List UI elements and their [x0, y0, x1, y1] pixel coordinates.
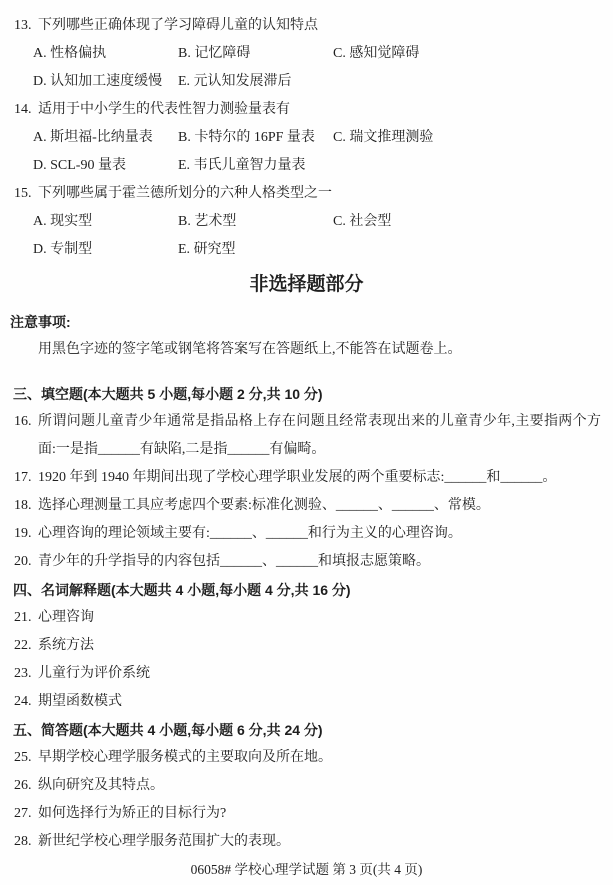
definition-question-24: 24. 期望函数模式: [0, 688, 613, 716]
option-label: B.: [178, 46, 191, 61]
question-stem: 下列哪些属于霍兰德所划分的六种人格类型之一: [38, 186, 332, 201]
fill-in-question-20: 20. 青少年的升学指导的内容包括______、______和填报志愿策略。: [0, 548, 613, 576]
short-answer-question-28: 28. 新世纪学校心理学服务范围扩大的表现。: [0, 828, 613, 856]
option-label: D.: [33, 158, 47, 173]
option-b: B. 艺术型: [178, 208, 333, 236]
question-number: 19.: [14, 520, 32, 548]
question-text: 新世纪学校心理学服务范围扩大的表现。: [38, 834, 290, 849]
option-text: 认知加工速度缓慢: [50, 74, 162, 89]
question-number: 20.: [14, 548, 32, 576]
question-number: 27.: [14, 800, 32, 828]
question-text: 选择心理测量工具应考虑四个要素:标准化测验、______、______、常模。: [38, 498, 490, 513]
option-e: E. 元认知发展滞后: [178, 68, 613, 96]
option-text: 研究型: [194, 242, 236, 257]
option-label: C.: [333, 46, 346, 61]
question-number: 28.: [14, 828, 32, 856]
option-c: C. 感知觉障碍: [333, 40, 613, 68]
option-text: 社会型: [349, 214, 391, 229]
question-text: 系统方法: [38, 638, 94, 653]
question-text: 期望函数模式: [38, 694, 122, 709]
option-label: B.: [178, 130, 191, 145]
option-text: 元认知发展滞后: [194, 74, 292, 89]
mcq-question-13: 13. 下列哪些正确体现了学习障碍儿童的认知特点: [0, 12, 613, 40]
option-text: 艺术型: [194, 214, 236, 229]
question-stem: 下列哪些正确体现了学习障碍儿童的认知特点: [38, 18, 318, 33]
question-number: 15.: [14, 180, 32, 208]
option-a: A. 斯坦福-比纳量表: [33, 124, 178, 152]
option-c: C. 瑞文推理测验: [333, 124, 613, 152]
option-row: D. 认知加工速度缓慢 E. 元认知发展滞后: [0, 68, 613, 96]
question-text: 如何选择行为矫正的目标行为?: [38, 806, 226, 821]
question-number: 24.: [14, 688, 32, 716]
question-text: 所谓问题儿童青少年通常是指品格上存在问题且经常表现出来的儿童青少年,主要指两个方…: [38, 414, 601, 457]
definition-question-21: 21. 心理咨询: [0, 604, 613, 632]
option-text: 斯坦福-比纳量表: [50, 130, 153, 145]
fill-in-section-heading: 三、填空题(本大题共 5 小题,每小题 2 分,共 10 分): [0, 380, 613, 408]
question-text: 1920 年到 1940 年期间出现了学校心理学职业发展的两个重要标志:____…: [38, 470, 556, 485]
option-row: A. 斯坦福-比纳量表 B. 卡特尔的 16PF 量表 C. 瑞文推理测验: [0, 124, 613, 152]
short-answer-question-25: 25. 早期学校心理学服务模式的主要取向及所在地。: [0, 744, 613, 772]
question-number: 14.: [14, 96, 32, 124]
option-label: A.: [33, 46, 47, 61]
question-number: 25.: [14, 744, 32, 772]
question-stem: 适用于中小学生的代表性智力测验量表有: [38, 102, 290, 117]
option-d: D. 认知加工速度缓慢: [33, 68, 178, 96]
option-text: 感知觉障碍: [349, 46, 419, 61]
option-text: 卡特尔的 16PF 量表: [194, 130, 315, 145]
option-b: B. 卡特尔的 16PF 量表: [178, 124, 333, 152]
option-row: D. 专制型 E. 研究型: [0, 236, 613, 264]
page-footer: 06058# 学校心理学试题 第 3 页(共 4 页): [0, 856, 613, 884]
question-number: 21.: [14, 604, 32, 632]
mcq-question-15: 15. 下列哪些属于霍兰德所划分的六种人格类型之一: [0, 180, 613, 208]
option-d: D. SCL-90 量表: [33, 152, 178, 180]
fill-in-question-19: 19. 心理咨询的理论领域主要有:______、______和行为主义的心理咨询…: [0, 520, 613, 548]
question-number: 17.: [14, 464, 32, 492]
option-row: A. 性格偏执 B. 记忆障碍 C. 感知觉障碍: [0, 40, 613, 68]
question-text: 青少年的升学指导的内容包括______、______和填报志愿策略。: [38, 554, 430, 569]
fill-in-question-17: 17. 1920 年到 1940 年期间出现了学校心理学职业发展的两个重要标志:…: [0, 464, 613, 492]
option-row: A. 现实型 B. 艺术型 C. 社会型: [0, 208, 613, 236]
option-text: 专制型: [50, 242, 92, 257]
option-a: A. 性格偏执: [33, 40, 178, 68]
definition-question-22: 22. 系统方法: [0, 632, 613, 660]
option-b: B. 记忆障碍: [178, 40, 333, 68]
question-number: 23.: [14, 660, 32, 688]
short-answer-section-heading: 五、简答题(本大题共 4 小题,每小题 6 分,共 24 分): [0, 716, 613, 744]
question-text: 儿童行为评价系统: [38, 666, 150, 681]
question-number: 16.: [14, 408, 32, 436]
option-label: A.: [33, 130, 47, 145]
question-text: 早期学校心理学服务模式的主要取向及所在地。: [38, 750, 332, 765]
question-text: 心理咨询: [38, 610, 94, 625]
option-label: E.: [178, 242, 190, 257]
non-mcq-section-heading: 非选择题部分: [0, 272, 613, 298]
option-text: SCL-90 量表: [50, 158, 126, 173]
option-label: C.: [333, 130, 346, 145]
option-row: D. SCL-90 量表 E. 韦氏儿童智力量表: [0, 152, 613, 180]
option-label: B.: [178, 214, 191, 229]
option-text: 性格偏执: [50, 46, 106, 61]
option-text: 记忆障碍: [194, 46, 250, 61]
option-label: C.: [333, 214, 346, 229]
option-label: A.: [33, 214, 47, 229]
short-answer-question-26: 26. 纵向研究及其特点。: [0, 772, 613, 800]
notice-title: 注意事项:: [0, 308, 613, 336]
option-text: 瑞文推理测验: [349, 130, 433, 145]
option-label: D.: [33, 242, 47, 257]
question-number: 18.: [14, 492, 32, 520]
question-text: 心理咨询的理论领域主要有:______、______和行为主义的心理咨询。: [38, 526, 462, 541]
option-label: E.: [178, 158, 190, 173]
option-e: E. 韦氏儿童智力量表: [178, 152, 613, 180]
notice-body: 用黑色字迹的签字笔或钢笔将答案写在答题纸上,不能答在试题卷上。: [0, 336, 613, 364]
question-number: 22.: [14, 632, 32, 660]
fill-in-question-16: 16. 所谓问题儿童青少年通常是指品格上存在问题且经常表现出来的儿童青少年,主要…: [0, 408, 613, 464]
question-number: 13.: [14, 12, 32, 40]
option-a: A. 现实型: [33, 208, 178, 236]
exam-page: 13. 下列哪些正确体现了学习障碍儿童的认知特点 A. 性格偏执 B. 记忆障碍…: [0, 0, 613, 885]
option-text: 现实型: [50, 214, 92, 229]
fill-in-question-18: 18. 选择心理测量工具应考虑四个要素:标准化测验、______、______、…: [0, 492, 613, 520]
option-text: 韦氏儿童智力量表: [194, 158, 306, 173]
definition-question-23: 23. 儿童行为评价系统: [0, 660, 613, 688]
short-answer-question-27: 27. 如何选择行为矫正的目标行为?: [0, 800, 613, 828]
question-number: 26.: [14, 772, 32, 800]
question-text: 纵向研究及其特点。: [38, 778, 164, 793]
option-c: C. 社会型: [333, 208, 613, 236]
option-e: E. 研究型: [178, 236, 613, 264]
option-label: E.: [178, 74, 190, 89]
mcq-question-14: 14. 适用于中小学生的代表性智力测验量表有: [0, 96, 613, 124]
option-d: D. 专制型: [33, 236, 178, 264]
definitions-section-heading: 四、名词解释题(本大题共 4 小题,每小题 4 分,共 16 分): [0, 576, 613, 604]
option-label: D.: [33, 74, 47, 89]
